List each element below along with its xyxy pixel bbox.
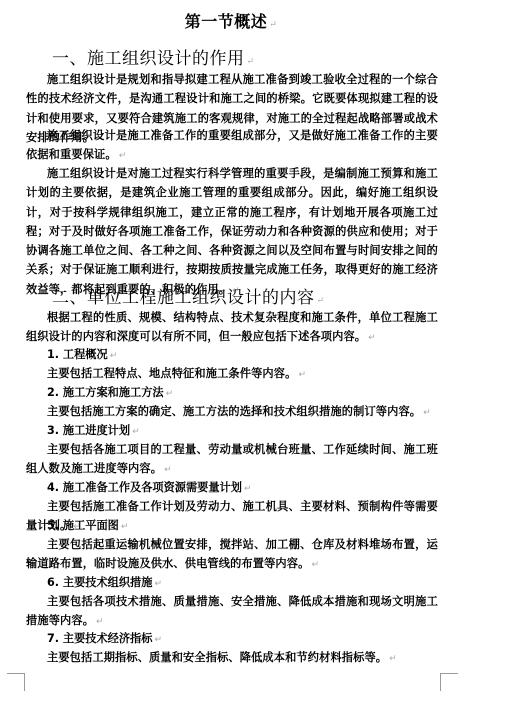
heading-text: 二、单位工程施工组织设计的内容 <box>52 288 315 308</box>
list-item-description: 主要包括起重运输机械位置安排，搅拌站、加工棚、仓库及材料堆场布置，运输道路布置，… <box>26 535 438 576</box>
item-desc-text: 主要包括各项技术措施、质量措施、安全措施、降低成本措施和现场文明施工措施等内容。 <box>26 595 438 627</box>
paragraph-mark-icon: ↵ <box>96 617 104 627</box>
paragraph-mark-icon: ↵ <box>119 151 127 161</box>
item-desc-text: 主要包括工程特点、地点特征和施工条件等内容。 <box>47 367 296 380</box>
list-item-description: 主要包括工期指标、质量和安全指标、降低成本和节约材料指标等。↵ <box>26 648 438 669</box>
item-label-text: 1. 工程概况 <box>47 348 108 361</box>
paragraph-text: 施工组织设计是施工准备工作的重要组成部分，又是做好施工准备工作的主要依据和重要保… <box>26 129 438 161</box>
title-text: 第一节概述 <box>185 12 268 31</box>
paragraph-mark-icon: ↵ <box>166 389 174 399</box>
list-item-label: 6. 主要技术组织措施↵ <box>47 573 162 594</box>
paragraph-text: 根据工程的性质、规模、结构特点、技术复杂程度和施工条件，单位工程施工组织设计的内… <box>26 311 438 343</box>
paragraph-mark-icon: ↵ <box>244 484 252 494</box>
list-item-label: 2. 施工方案和施工方法↵ <box>47 383 173 404</box>
item-label-text: 6. 主要技术组织措施 <box>47 576 152 589</box>
section-heading-1: 一、施工组织设计的作用↵ <box>52 44 255 69</box>
paragraph-mark-icon: ↵ <box>269 20 277 30</box>
list-item-description: 主要包括各项技术措施、质量措施、安全措施、降低成本措施和现场文明施工措施等内容。… <box>26 592 438 633</box>
paragraph-mark-icon: ↵ <box>110 351 118 361</box>
paragraph-mark-icon: ↵ <box>298 370 306 380</box>
item-label-text: 3. 施工进度计划 <box>47 424 130 437</box>
paragraph-text: 施工组织设计是对施工过程实行科学管理的重要手段，是编制施工预算和施工计划的主要依… <box>26 167 438 296</box>
item-label-text: 2. 施工方案和施工方法 <box>47 386 164 399</box>
paragraph-mark-icon: ↵ <box>121 522 129 532</box>
list-item-label: 1. 工程概况↵ <box>47 345 117 366</box>
paragraph: 根据工程的性质、规模、结构特点、技术复杂程度和施工条件，单位工程施工组织设计的内… <box>26 308 438 349</box>
item-desc-text: 主要包括起重运输机械位置安排，搅拌站、加工棚、仓库及材料堆场布置，运输道路布置，… <box>26 538 438 570</box>
list-item-label: 3. 施工进度计划↵ <box>47 421 140 442</box>
item-desc-text: 主要包括各施工项目的工程量、劳动量或机械台班量、工作延续时间、施工班组人数及施工… <box>26 443 438 475</box>
paragraph-mark-icon: ↵ <box>317 296 325 306</box>
item-desc-text: 主要包括施工方案的确定、施工方法的选择和技术组织措施的制订等内容。 <box>47 405 421 418</box>
paragraph-mark-icon: ↵ <box>247 57 255 67</box>
item-label-text: 7. 主要技术经济指标 <box>47 632 152 645</box>
paragraph-mark-icon: ↵ <box>154 579 162 589</box>
page-title: 第一节概述↵ <box>0 9 462 32</box>
margin-corner-mark-right <box>440 673 458 691</box>
paragraph-mark-icon: ↵ <box>423 408 431 418</box>
paragraph-mark-icon: ↵ <box>368 333 376 343</box>
paragraph-mark-icon: ↵ <box>389 654 397 664</box>
paragraph-mark-icon: ↵ <box>311 560 319 570</box>
margin-corner-mark-left <box>7 673 25 691</box>
list-item-label: 7. 主要技术经济指标↵ <box>47 629 162 650</box>
item-label-text: 5. 施工平面图 <box>47 519 119 532</box>
paragraph-mark-icon: ↵ <box>132 427 140 437</box>
section-heading-2: 二、单位工程施工组织设计的内容↵ <box>52 283 325 308</box>
item-label-text: 4. 施工准备工作及各项资源需要量计划 <box>47 481 242 494</box>
heading-text: 一、施工组织设计的作用 <box>52 49 245 69</box>
list-item-label: 4. 施工准备工作及各项资源需要量计划↵ <box>47 478 251 499</box>
document-page: 第一节概述↵ 一、施工组织设计的作用↵ 施工组织设计是规划和指导拟建工程从施工准… <box>0 0 508 710</box>
paragraph: 施工组织设计是对施工过程实行科学管理的重要手段，是编制施工预算和施工计划的主要依… <box>26 164 438 301</box>
list-item-description: 主要包括各施工项目的工程量、劳动量或机械台班量、工作延续时间、施工班组人数及施工… <box>26 440 438 481</box>
paragraph-mark-icon: ↵ <box>164 465 172 475</box>
item-desc-text: 主要包括工期指标、质量和安全指标、降低成本和节约材料指标等。 <box>47 651 387 664</box>
paragraph: 施工组织设计是施工准备工作的重要组成部分，又是做好施工准备工作的主要依据和重要保… <box>26 126 438 167</box>
list-item-label: 5. 施工平面图↵ <box>47 516 128 537</box>
paragraph-mark-icon: ↵ <box>154 635 162 645</box>
